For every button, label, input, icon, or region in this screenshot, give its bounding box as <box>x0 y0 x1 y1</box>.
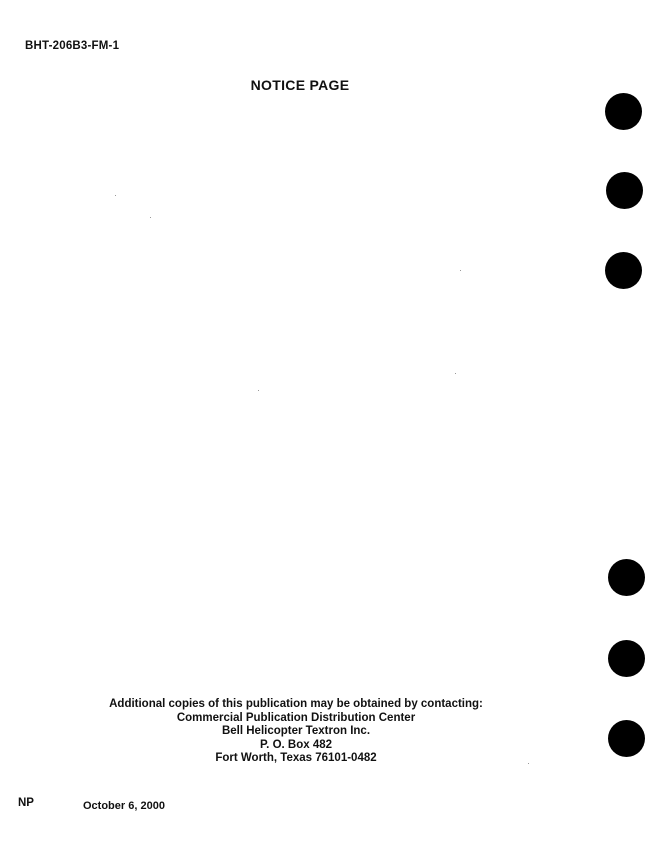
scan-speck <box>460 270 461 271</box>
document-page: BHT-206B3-FM-1 NOTICE PAGE Additional co… <box>0 0 663 850</box>
contact-line: Additional copies of this publication ma… <box>96 698 496 712</box>
punch-hole-icon <box>608 559 645 596</box>
contact-line: Bell Helicopter Textron Inc. <box>96 725 496 739</box>
revision-date: October 6, 2000 <box>83 800 165 812</box>
page-title: NOTICE PAGE <box>0 77 600 93</box>
contact-line: Commercial Publication Distribution Cent… <box>96 712 496 726</box>
scan-speck <box>528 763 529 764</box>
scan-speck <box>115 195 116 196</box>
scan-speck <box>258 390 259 391</box>
contact-line: Fort Worth, Texas 76101-0482 <box>96 752 496 766</box>
punch-hole-icon <box>606 172 643 209</box>
punch-hole-icon <box>605 252 642 289</box>
punch-hole-icon <box>608 640 645 677</box>
scan-speck <box>455 373 456 374</box>
page-number-label: NP <box>18 797 34 809</box>
contact-line: P. O. Box 482 <box>96 739 496 753</box>
punch-hole-icon <box>608 720 645 757</box>
document-id: BHT-206B3-FM-1 <box>25 40 119 52</box>
contact-block: Additional copies of this publication ma… <box>96 698 496 766</box>
punch-hole-icon <box>605 93 642 130</box>
scan-speck <box>150 217 151 218</box>
